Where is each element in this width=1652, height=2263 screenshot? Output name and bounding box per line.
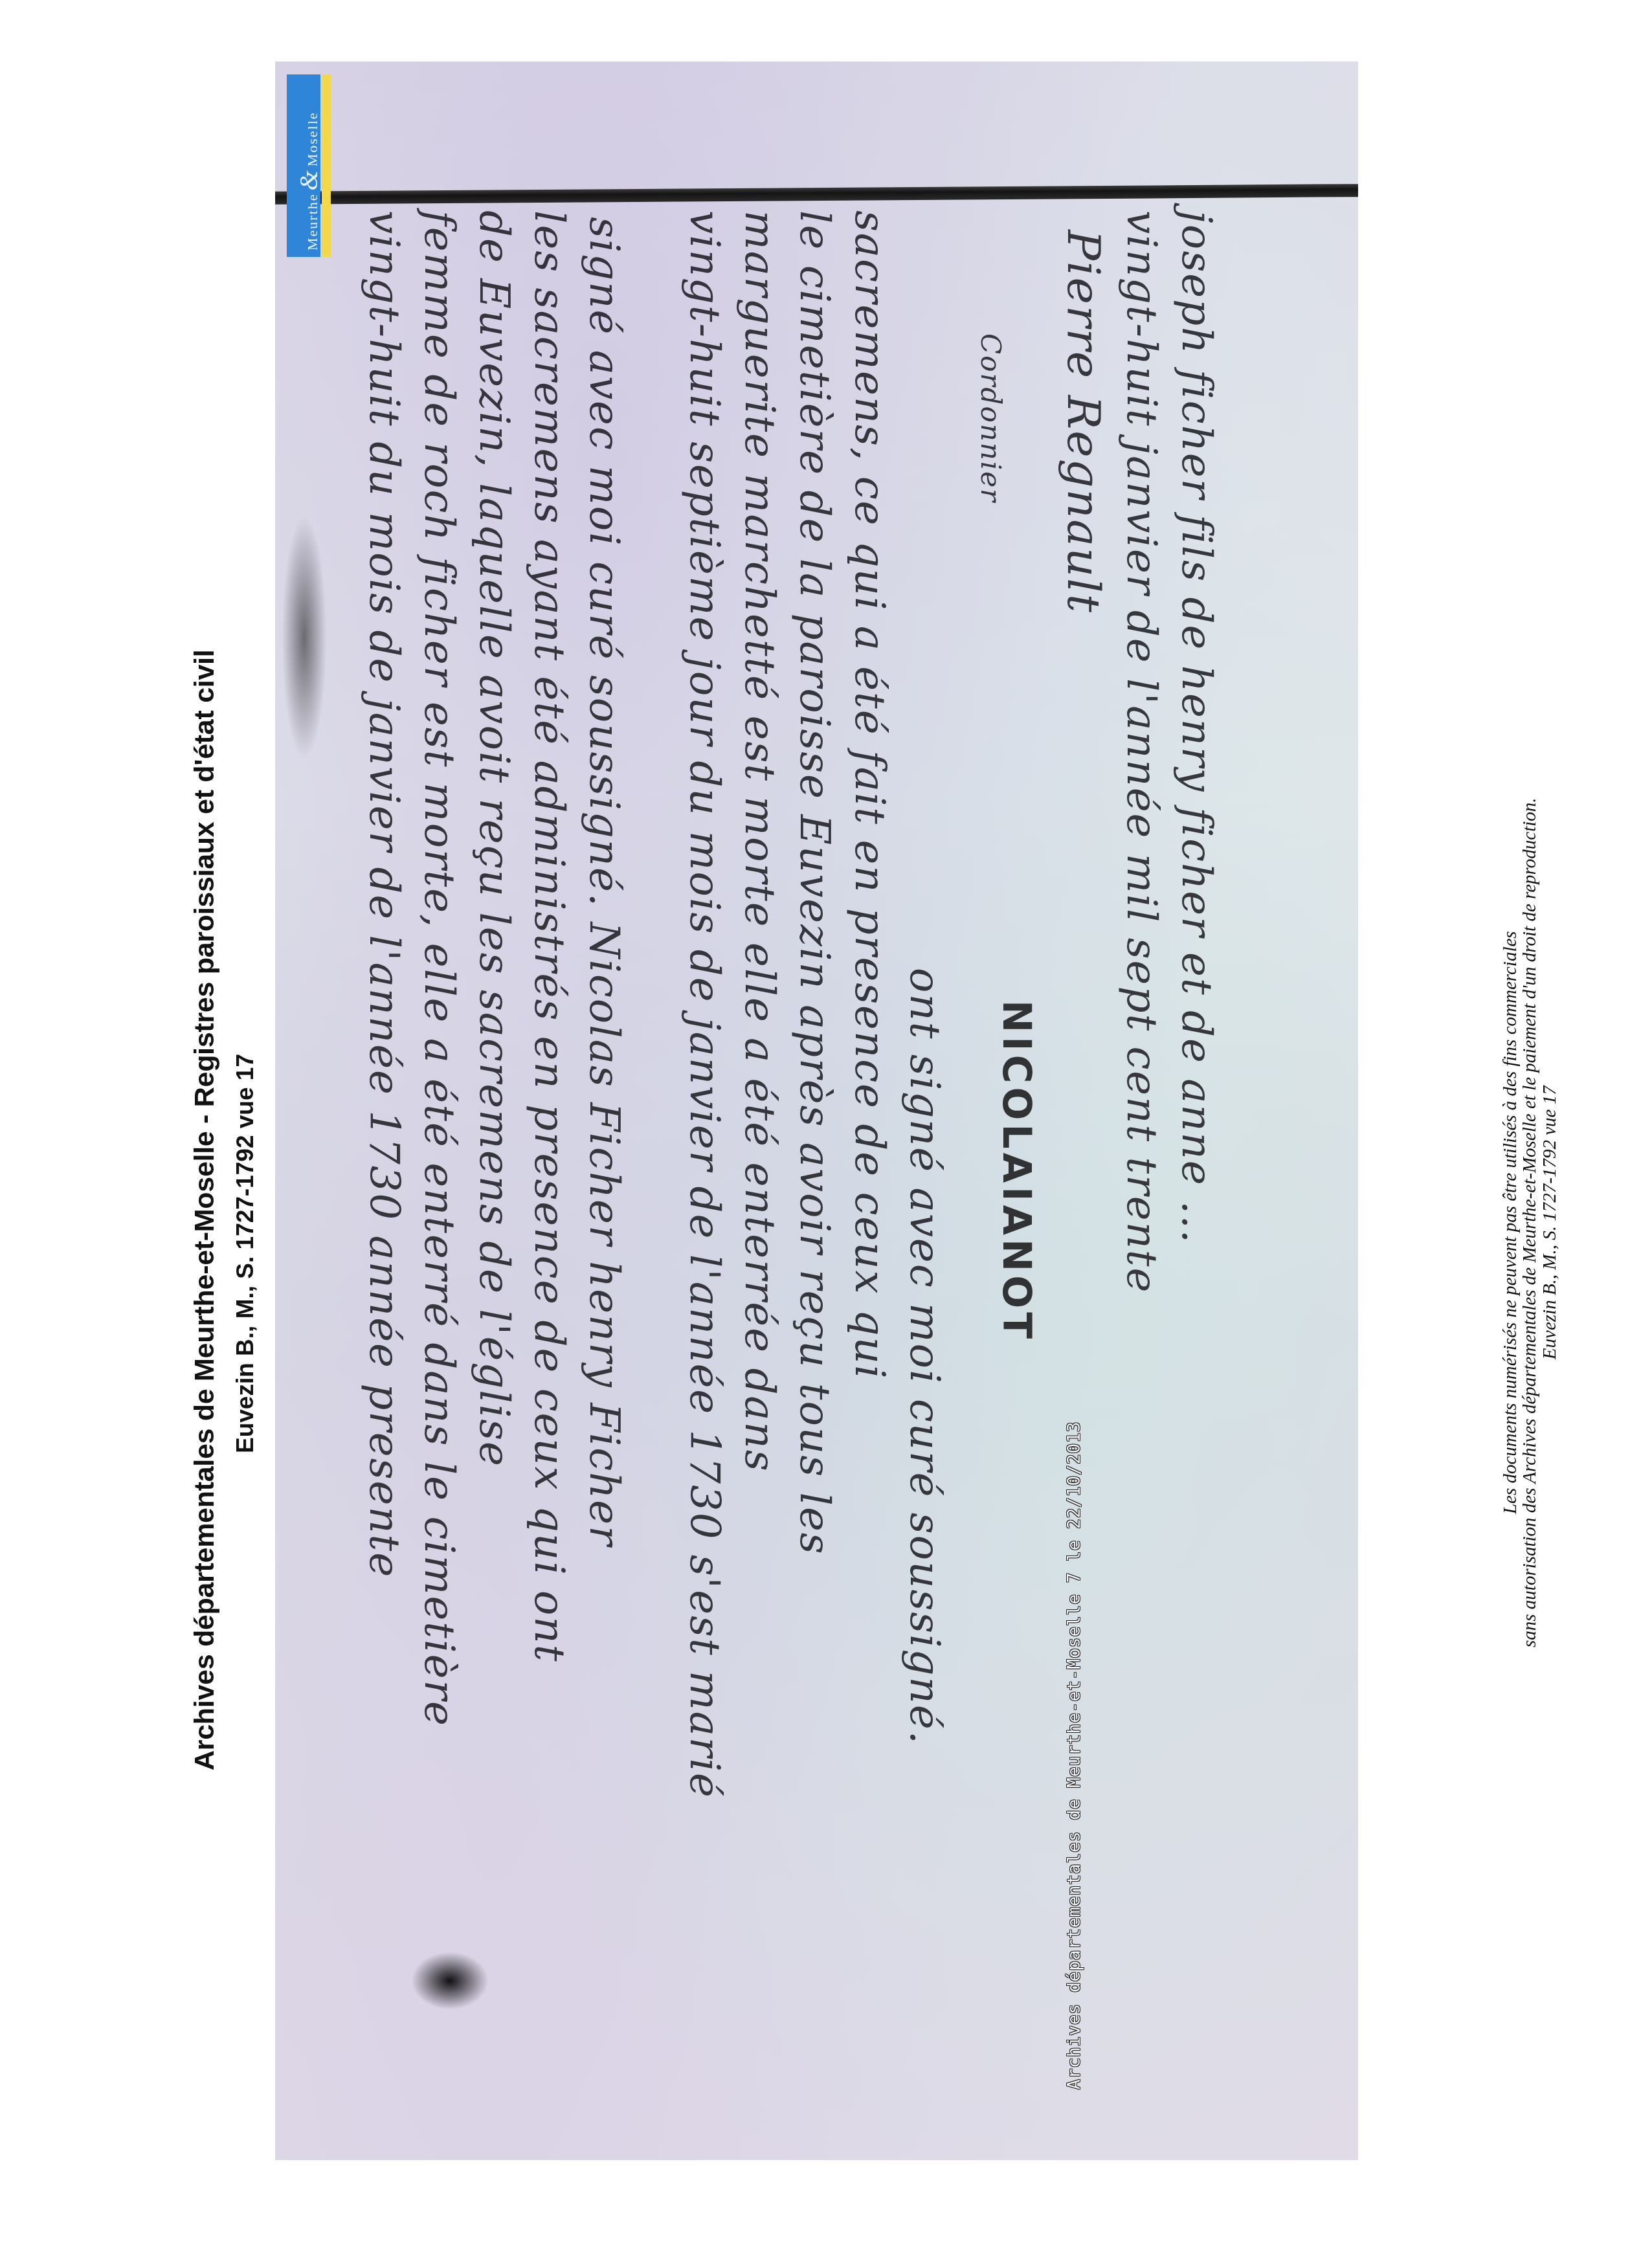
document-title: Archives départementales de Meurthe-et-M… xyxy=(189,650,221,1770)
logo-blue-band: Meurthe&Moselle xyxy=(287,74,320,257)
logo-wordmark: Meurthe&Moselle xyxy=(293,111,324,251)
rights-notice: Les documents numérisés ne peuvent pas ê… xyxy=(1501,797,1559,1647)
signature-pierre: Pierre Regnault xyxy=(1057,230,1110,614)
manuscript-scan: Meurthe&Moselle vingt-huit du mois de ja… xyxy=(275,61,1358,2160)
digitization-watermark: Archives départementales de Meurthe-et-M… xyxy=(1065,1421,1084,2090)
manuscript-line: ont signé avec moi curé soussigné. xyxy=(900,968,948,1745)
manuscript-line: sacremens, ce qui a été fait en presence… xyxy=(845,210,893,1379)
manuscript-line: de Euvezin, laquelle avoit reçu les sacr… xyxy=(470,210,518,1467)
rights-notice-line: Les documents numérisés ne peuvent pas ê… xyxy=(1501,797,1520,1647)
manuscript-line: joseph ficher fils de henry ficher et de… xyxy=(1172,210,1220,1244)
manuscript-line: signé avec moi curé soussigné. Nicolas F… xyxy=(580,217,628,1547)
rights-notice-line: sans autorisation des Archives départeme… xyxy=(1520,797,1539,1647)
signature-block-capitals: NICOLAIANOT xyxy=(994,1000,1039,1343)
signature-cordonnier: Cordonnier xyxy=(975,333,1007,503)
archives-logo: Meurthe&Moselle xyxy=(287,74,332,257)
page-fold-line xyxy=(275,184,1358,205)
manuscript-line: vingt-huit janvier de l'année mil sept c… xyxy=(1117,210,1165,1293)
manuscript-line: le cimetière de la paroisse Euvezin aprè… xyxy=(790,210,838,1555)
rights-notice-reference: Euvezin B., M., S. 1727-1792 vue 17 xyxy=(1540,797,1559,1647)
document-subtitle: Euvezin B., M., S. 1727-1792 vue 17 xyxy=(232,1054,259,1453)
manuscript-line: vingt-huit septième jour du mois de janv… xyxy=(680,210,728,1799)
ink-stroke xyxy=(282,515,327,761)
manuscript-line: vingt-huit du mois de janvier de l'année… xyxy=(360,210,408,1578)
ink-blot xyxy=(411,1952,489,2010)
manuscript-line: les sacremens ayant été administrés en p… xyxy=(525,210,573,1662)
manuscript-line: marguerite marchetté est morte elle a ét… xyxy=(735,210,783,1473)
manuscript-line: femme de roch ficher est morte, elle a é… xyxy=(415,210,463,1727)
